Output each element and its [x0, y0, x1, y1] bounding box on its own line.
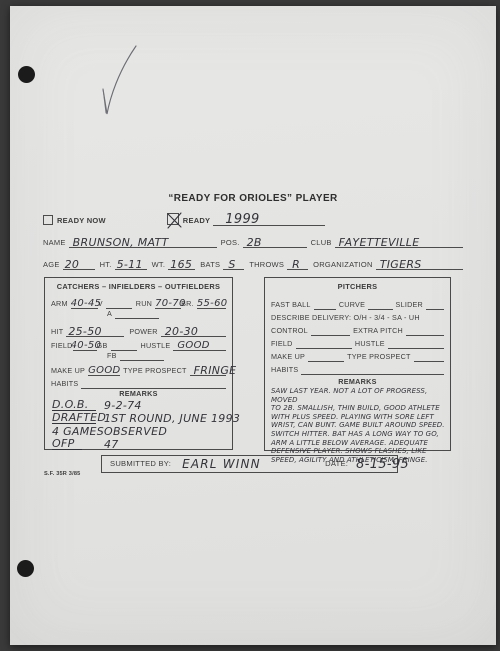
pitcher-type-prospect-label: TYPE PROSPECT [344, 352, 414, 362]
remark-row-dob: D.O.B. 9-2-74 [45, 398, 232, 411]
hit-value: 25-50 [68, 326, 101, 337]
throws-underline: R [287, 258, 308, 270]
date-value: 8-15-95 [356, 458, 409, 471]
games-value: OBSERVED [104, 426, 167, 437]
pitcher-hustle-underline [388, 337, 444, 349]
makeup-label: MAKE UP [51, 366, 88, 376]
pitchers-box-heading: PITCHERS [265, 278, 450, 294]
slider-underline [426, 298, 444, 310]
name-value: BRUNSON, MATT [73, 237, 169, 248]
club-value: FAYETTEVILLE [339, 237, 420, 248]
height-label: HT. [95, 260, 115, 270]
run-underline: 70-70 [155, 297, 181, 309]
bio-row: AGE 20 HT. 5-11 WT. 165 BATS S THROWS R … [43, 253, 463, 270]
dob-label: D.O.B. [52, 399, 96, 411]
field-hustle-row: FIELD 40-50 GB HUSTLE GOOD [45, 337, 232, 351]
control-row: CONTROL EXTRA PITCH [265, 323, 450, 336]
a-underline [115, 310, 159, 319]
pitcher-makeup-label: MAKE UP [271, 352, 308, 362]
type-prospect-label: TYPE PROSPECT [120, 366, 190, 376]
hustle-underline: GOOD [173, 339, 226, 351]
br-underline: 55-60 [197, 297, 226, 309]
a-label: A [107, 309, 115, 319]
bats-underline: S [223, 258, 244, 270]
form-number: S.F. 35R 3/85 [44, 471, 81, 477]
remark-row-drafted: DRAFTED 1ST ROUND, JUNE 1993 [45, 411, 232, 424]
arm-underline: 40-45 [71, 297, 98, 309]
pos-underline: 2B [243, 236, 307, 248]
age-label: AGE [43, 260, 63, 270]
control-underline [311, 324, 350, 336]
pitchers-remarks-heading: REMARKS [265, 375, 450, 386]
pitcher-makeup-row: MAKE UP TYPE PROSPECT [265, 349, 450, 362]
drafted-label: DRAFTED [52, 412, 96, 424]
pos-value: 2B [247, 237, 262, 248]
bats-value: S [228, 259, 235, 270]
bats-label: BATS [195, 260, 223, 270]
habits-row: HABITS [45, 376, 232, 389]
x-mark-icon [166, 211, 183, 229]
power-underline: 20-30 [161, 325, 226, 337]
age-value: 20 [65, 259, 80, 270]
gb-underline [111, 339, 137, 351]
habits-underline [81, 377, 226, 389]
describe-delivery-label: DESCRIBE DELIVERY: O/H - 3/4 - SA - UH [271, 313, 423, 323]
hustle-label: HUSTLE [137, 341, 174, 351]
name-underline: BRUNSON, MATT [69, 236, 217, 248]
makeup-value: GOOD [88, 366, 120, 376]
club-underline: FAYETTEVILLE [335, 236, 463, 248]
age-underline: 20 [63, 258, 95, 270]
pitchers-ratings-box: PITCHERS FAST BALL CURVE SLIDER DESCRIBE… [264, 277, 451, 451]
field-value: 40-50 [71, 341, 102, 351]
name-label: NAME [43, 238, 69, 248]
name-row: NAME BRUNSON, MATT POS. 2B CLUB FAYETTEV… [43, 231, 463, 248]
pitcher-field-label: FIELD [271, 339, 296, 349]
pos-label: POS. [217, 238, 243, 248]
dob-value: 9-2-74 [104, 400, 142, 411]
remark-row-games: 4 GAMES OBSERVED [45, 424, 232, 437]
type-prospect-value: FRINGE [194, 365, 237, 376]
field-label: FIELD [51, 341, 73, 351]
power-value: 20-30 [165, 326, 198, 337]
scanned-scouting-form: “READY FOR ORIOLES” PLAYER READY NOW REA… [10, 6, 496, 645]
pitcher-type-prospect-underline [414, 350, 444, 362]
organization-value: TIGERS [380, 259, 422, 270]
arm-label: ARM [51, 299, 71, 309]
height-value: 5-11 [117, 259, 143, 270]
fielders-remarks-heading: REMARKS [45, 389, 232, 398]
hit-label: HIT [51, 327, 66, 337]
fielders-box-heading: CATCHERS – INFIELDERS – OUTFIELDERS [45, 278, 232, 292]
fastball-row: FAST BALL CURVE SLIDER [265, 294, 450, 310]
curve-underline [368, 298, 392, 310]
ready-now-label: READY NOW [57, 216, 109, 226]
submitted-by-label: SUBMITTED BY: [110, 459, 174, 469]
ready-status-row: READY NOW READY 1999 [43, 208, 325, 226]
habits-label: HABITS [51, 379, 81, 389]
arm-v-underline [106, 297, 132, 309]
organization-underline: TIGERS [376, 258, 463, 270]
throws-value: R [292, 259, 300, 270]
weight-underline: 165 [168, 258, 195, 270]
hit-power-row: HIT 25-50 POWER 20-30 [45, 319, 232, 337]
throws-label: THROWS [244, 260, 287, 270]
run-label: RUN [132, 299, 155, 309]
ready-checkbox [167, 213, 179, 225]
submitted-bar: SUBMITTED BY: EARL WINN DATE: 8-15-95 [101, 455, 398, 473]
date-label: DATE: [325, 459, 351, 469]
fb-label: FB [107, 351, 120, 361]
submitted-by-value: EARL WINN [182, 458, 261, 470]
slider-label: SLIDER [393, 300, 426, 310]
ready-year-underline: 1999 [213, 214, 325, 226]
organization-label: ORGANIZATION [308, 260, 376, 270]
hustle-value: GOOD [177, 341, 209, 351]
curve-label: CURVE [336, 300, 368, 310]
fb-underline [120, 352, 164, 361]
hole-punch-top [18, 66, 35, 83]
pitcher-habits-label: HABITS [271, 365, 301, 375]
ready-label: READY [183, 216, 214, 226]
screenshot-root: { "document": { "title": "\u201cREADY FO… [0, 0, 500, 651]
scout-remarks-text: SAW LAST YEAR. NOT A LOT OF PROGRESS, MO… [265, 386, 450, 464]
pitcher-habits-row: HABITS [265, 362, 450, 375]
hit-underline: 25-50 [66, 325, 124, 337]
ofp-value: 47 [104, 439, 119, 450]
makeup-type-row: MAKE UP GOOD TYPE PROSPECT FRINGE [45, 361, 232, 376]
br-value: 55-60 [197, 299, 228, 309]
field-underline: 40-50 [73, 339, 97, 351]
weight-label: WT. [147, 260, 169, 270]
pitcher-field-underline [296, 337, 352, 349]
a-row: A [45, 309, 232, 319]
run-value: 70-70 [155, 299, 186, 309]
page-title: “READY FOR ORIOLES” PLAYER [10, 193, 496, 204]
arm-run-br-row: ARM 40-45 V RUN 70-70 BR. 55-60 [45, 292, 232, 309]
extra-pitch-underline [406, 324, 444, 336]
drafted-value: 1ST ROUND, JUNE 1993 [104, 413, 240, 424]
extra-pitch-label: EXTRA PITCH [350, 326, 406, 336]
pen-checkmark [90, 40, 142, 118]
delivery-row: DESCRIBE DELIVERY: O/H - 3/4 - SA - UH [265, 310, 450, 323]
club-label: CLUB [307, 238, 335, 248]
pitcher-makeup-underline [308, 350, 344, 362]
pitcher-habits-underline [301, 363, 444, 375]
type-prospect-underline: FRINGE [190, 364, 226, 376]
ofp-label: OFP [52, 438, 82, 450]
makeup-underline: GOOD [88, 364, 120, 376]
ready-now-checkbox [43, 215, 53, 225]
ready-year-value: 1999 [225, 213, 259, 226]
hole-punch-bottom [17, 560, 34, 577]
games-label: 4 GAMES [52, 426, 104, 437]
arm-value: 40-45 [71, 299, 102, 309]
power-label: POWER [124, 327, 160, 337]
remark-row-ofp: OFP 47 [45, 437, 232, 450]
fb-row: FB [45, 351, 232, 361]
height-underline: 5-11 [115, 258, 147, 270]
fielders-ratings-box: CATCHERS – INFIELDERS – OUTFIELDERS ARM … [44, 277, 233, 450]
pitcher-field-row: FIELD HUSTLE [265, 336, 450, 349]
pitcher-hustle-label: HUSTLE [352, 339, 388, 349]
fast-ball-underline [314, 298, 336, 310]
fast-ball-label: FAST BALL [271, 300, 314, 310]
control-label: CONTROL [271, 326, 311, 336]
weight-value: 165 [170, 259, 192, 270]
